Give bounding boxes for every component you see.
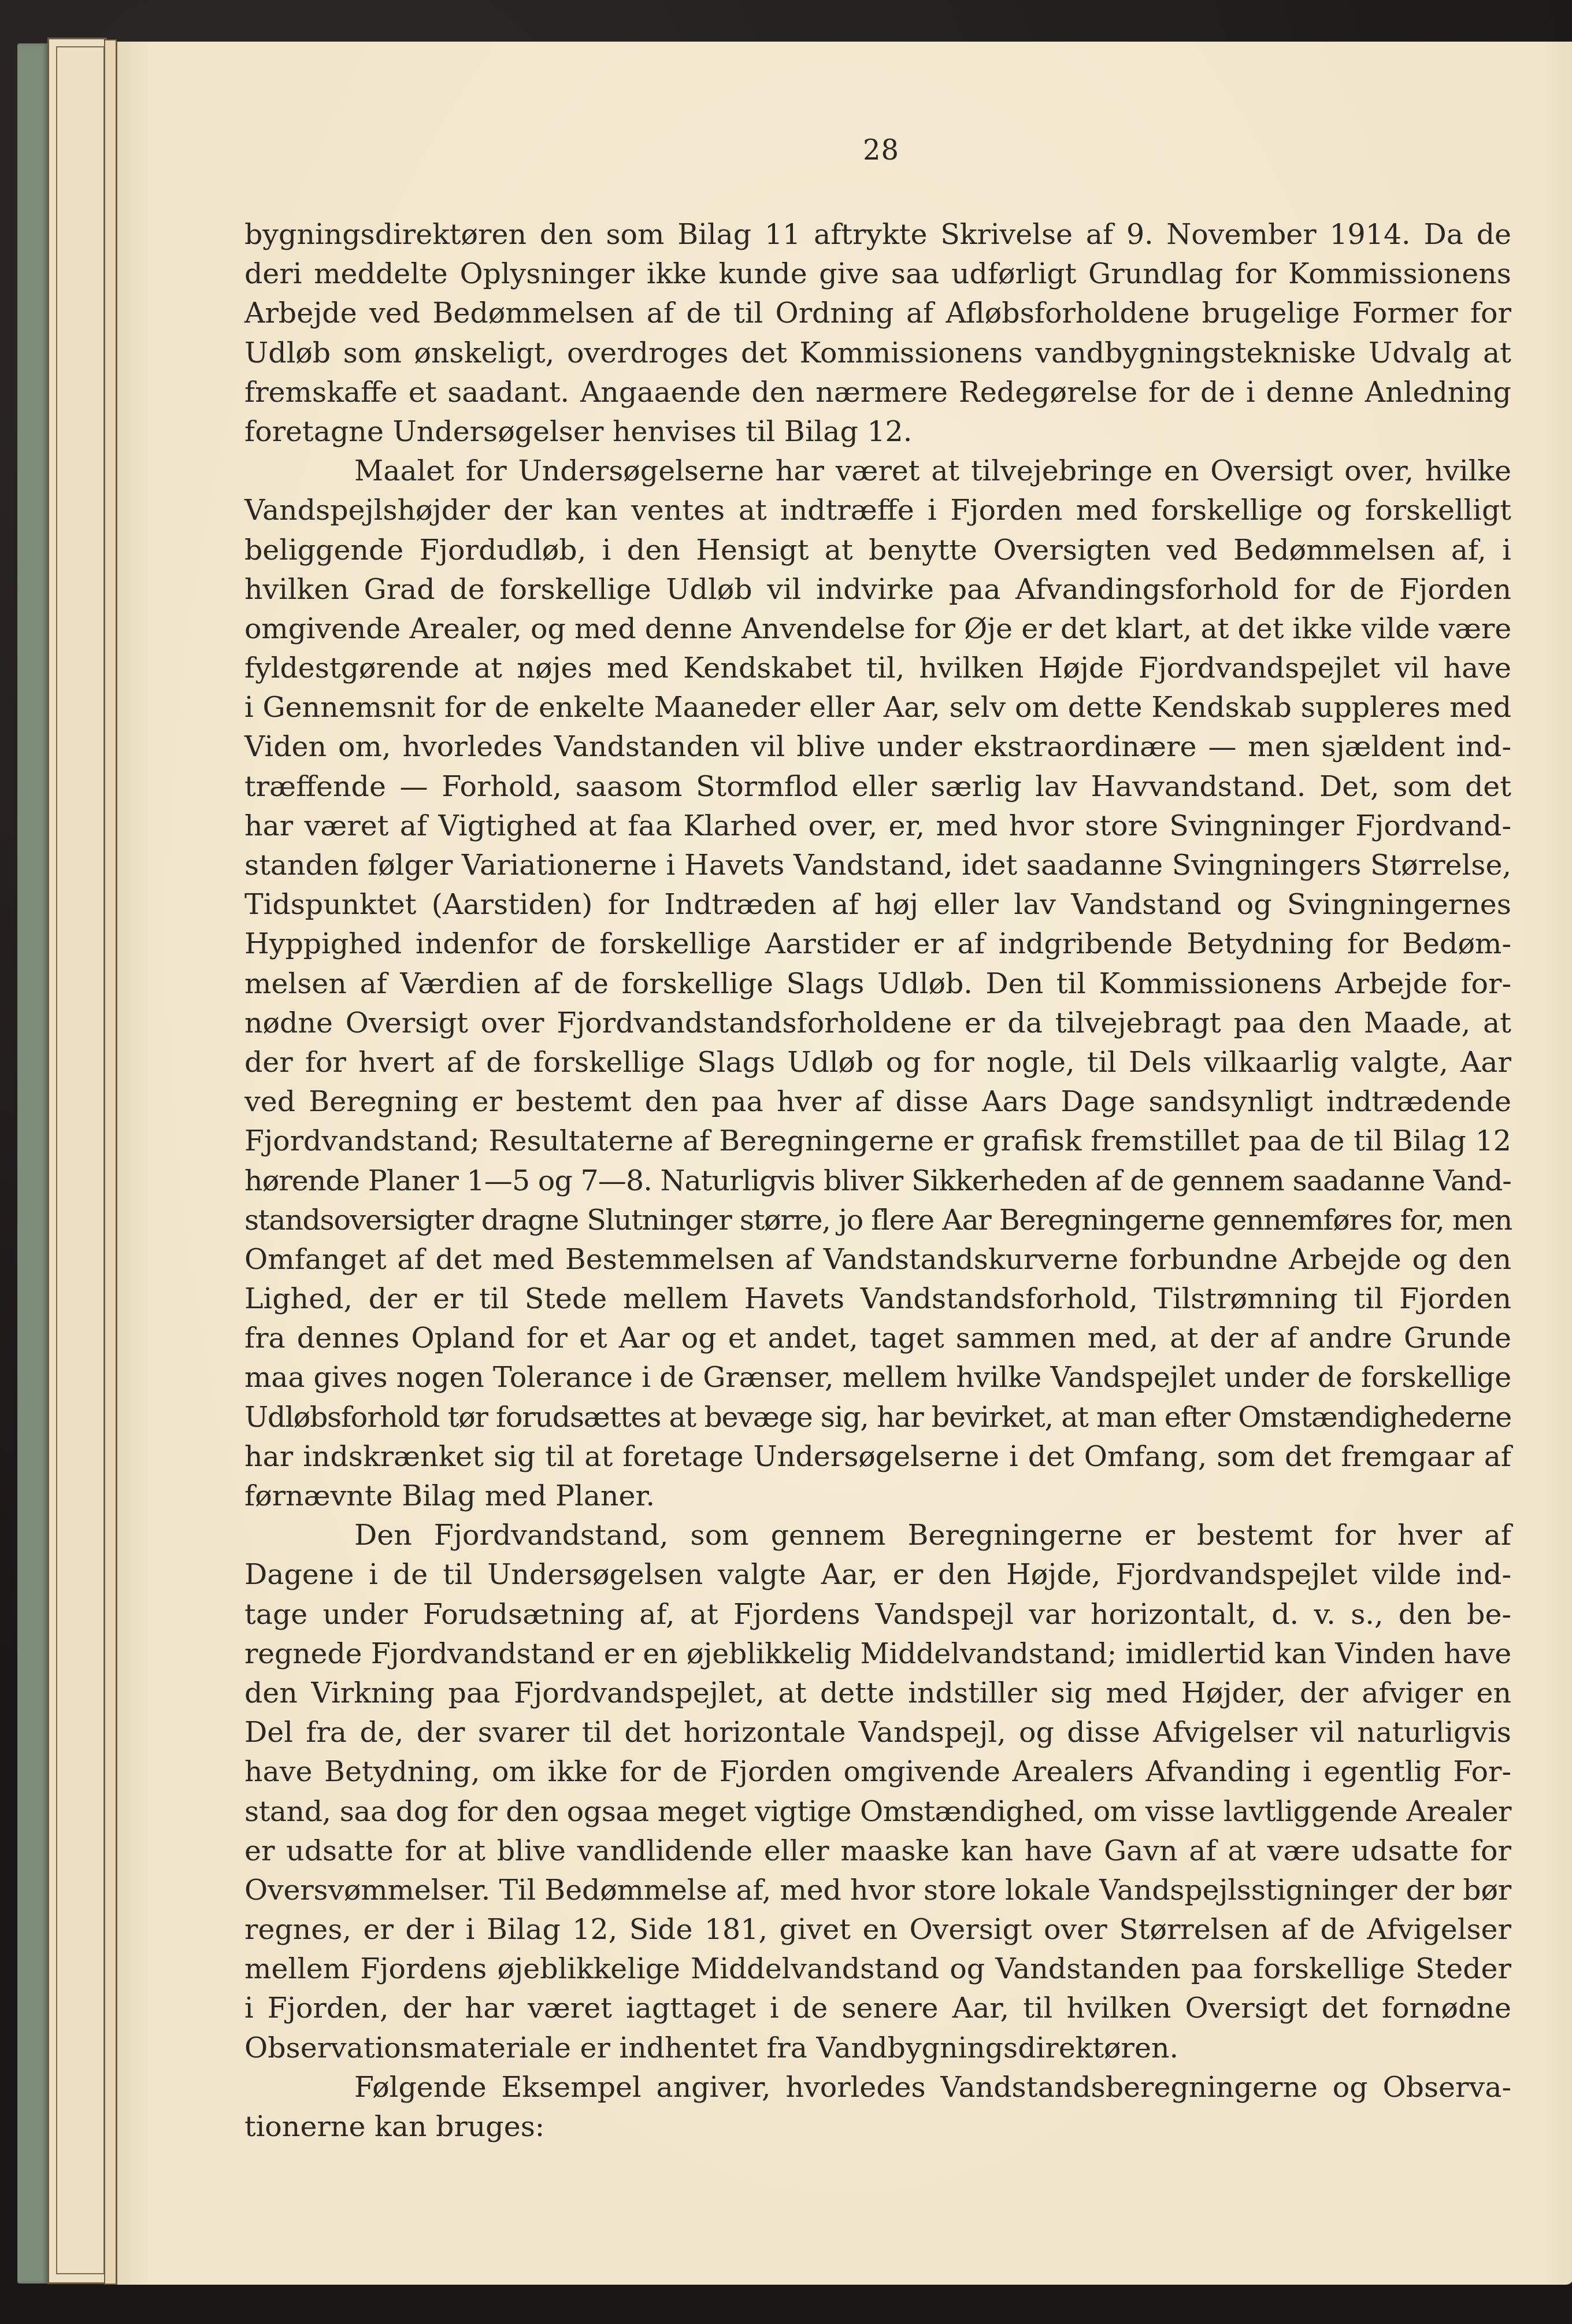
text-line: ved Beregning er bestemt den paa hver af…	[244, 1082, 1511, 1122]
text-line: stand, saa dog for den ogsaa meget vigti…	[244, 1792, 1511, 1831]
text-line: fyldestgørende at nøjes med Kendskabet t…	[244, 649, 1511, 688]
text-line: beliggende Fjordudløb, i den Hensigt at …	[244, 531, 1511, 570]
text-line: bygningsdirektøren den som Bilag 11 aftr…	[244, 215, 1511, 254]
page-edge-inner	[56, 46, 105, 2274]
text-line: træffende — Forhold, saasom Stormflod el…	[244, 767, 1511, 806]
text-line: foretagne Undersøgelser henvises til Bil…	[244, 412, 1511, 452]
page-shading	[1539, 42, 1572, 2285]
book-page: 28 bygningsdirektøren den som Bilag 11 a…	[116, 42, 1572, 2285]
text-line: Del fra de, der svarer til det horizonta…	[244, 1713, 1511, 1752]
text-line: Lighed, der er til Stede mellem Havets V…	[244, 1279, 1511, 1319]
text-line: maa gives nogen Tolerance i de Grænser, …	[244, 1358, 1511, 1397]
paragraph: bygningsdirektøren den som Bilag 11 aftr…	[244, 215, 1511, 452]
text-line: Følgende Eksempel angiver, hvorledes Van…	[244, 2068, 1511, 2107]
text-line: den Virkning paa Fjordvandspejlet, at de…	[244, 1674, 1511, 1713]
text-line: Vandspejlshøjder der kan ventes at indtr…	[244, 491, 1511, 530]
text-line: regnes, er der i Bilag 12, Side 181, giv…	[244, 1910, 1511, 1949]
text-line: Fjordvandstand; Resultaterne af Beregnin…	[244, 1122, 1511, 1161]
text-line: Oversvømmelser. Til Bedømmelse af, med h…	[244, 1871, 1511, 1910]
page-edge-gutter	[104, 39, 117, 2285]
text-line: omgivende Arealer, og med denne Anvendel…	[244, 609, 1511, 649]
text-line: Udløbsforhold tør forudsættes at bevæge …	[244, 1398, 1511, 1437]
text-line: tage under Forudsætning af, at Fjordens …	[244, 1595, 1511, 1634]
text-line: have Betydning, om ikke for de Fjorden o…	[244, 1752, 1511, 1792]
paragraph: Følgende Eksempel angiver, hvorledes Van…	[244, 2068, 1511, 2147]
text-line: Dagene i de til Undersøgelsen valgte Aar…	[244, 1555, 1511, 1594]
text-line: er udsatte for at blive vandlidende elle…	[244, 1831, 1511, 1871]
text-line: fra dennes Opland for et Aar og et andet…	[244, 1319, 1511, 1358]
body-text: bygningsdirektøren den som Bilag 11 aftr…	[244, 215, 1511, 2147]
text-line: Tidspunktet (Aarstiden) for Indtræden af…	[244, 885, 1511, 924]
book-spine	[17, 43, 47, 2284]
text-line: Arbejde ved Bedømmelsen af de til Ordnin…	[244, 294, 1511, 333]
text-line: Viden om, hvorledes Vandstanden vil bliv…	[244, 727, 1511, 767]
text-line: melsen af Værdien af de forskellige Slag…	[244, 964, 1511, 1004]
text-line: har indskrænket sig til at foretage Unde…	[244, 1437, 1511, 1476]
text-line: Maalet for Undersøgelserne har været at …	[244, 452, 1511, 491]
text-line: nødne Oversigt over Fjordvandstandsforho…	[244, 1004, 1511, 1043]
text-line: Hyppighed indenfor de forskellige Aarsti…	[244, 924, 1511, 964]
text-line: Udløb som ønskeligt, overdroges det Komm…	[244, 334, 1511, 373]
text-line: i Fjorden, der har været iagttaget i de …	[244, 1989, 1511, 2028]
text-line: deri meddelte Oplysninger ikke kunde giv…	[244, 254, 1511, 294]
text-line: tionerne kan bruges:	[244, 2107, 1511, 2147]
text-line: fremskaffe et saadant. Angaaende den nær…	[244, 373, 1511, 412]
text-line: mellem Fjordens øjeblikkelige Middelvand…	[244, 1949, 1511, 1989]
text-line: Den Fjordvandstand, som gennem Beregning…	[244, 1516, 1511, 1555]
text-line: Omfanget af det med Bestemmelsen af Vand…	[244, 1240, 1511, 1279]
paragraph: Maalet for Undersøgelserne har været at …	[244, 452, 1511, 1516]
text-line: har været af Vigtighed at faa Klarhed ov…	[244, 806, 1511, 846]
page-number: 28	[863, 134, 899, 166]
text-line: hørende Planer 1—5 og 7—8. Naturligvis b…	[244, 1161, 1511, 1201]
text-line: standen følger Variationerne i Havets Va…	[244, 846, 1511, 885]
text-line: der for hvert af de forskellige Slags Ud…	[244, 1043, 1511, 1082]
text-line: standsoversigter dragne Slutninger størr…	[244, 1201, 1511, 1240]
text-line: Observationsmateriale er indhentet fra V…	[244, 2029, 1511, 2068]
text-line: førnævnte Bilag med Planer.	[244, 1476, 1511, 1516]
paragraph: Den Fjordvandstand, som gennem Beregning…	[244, 1516, 1511, 2068]
text-line: hvilken Grad de forskellige Udløb vil in…	[244, 570, 1511, 609]
text-line: i Gennemsnit for de enkelte Maaneder ell…	[244, 688, 1511, 727]
text-line: regnede Fjordvandstand er en øjeblikkeli…	[244, 1634, 1511, 1674]
